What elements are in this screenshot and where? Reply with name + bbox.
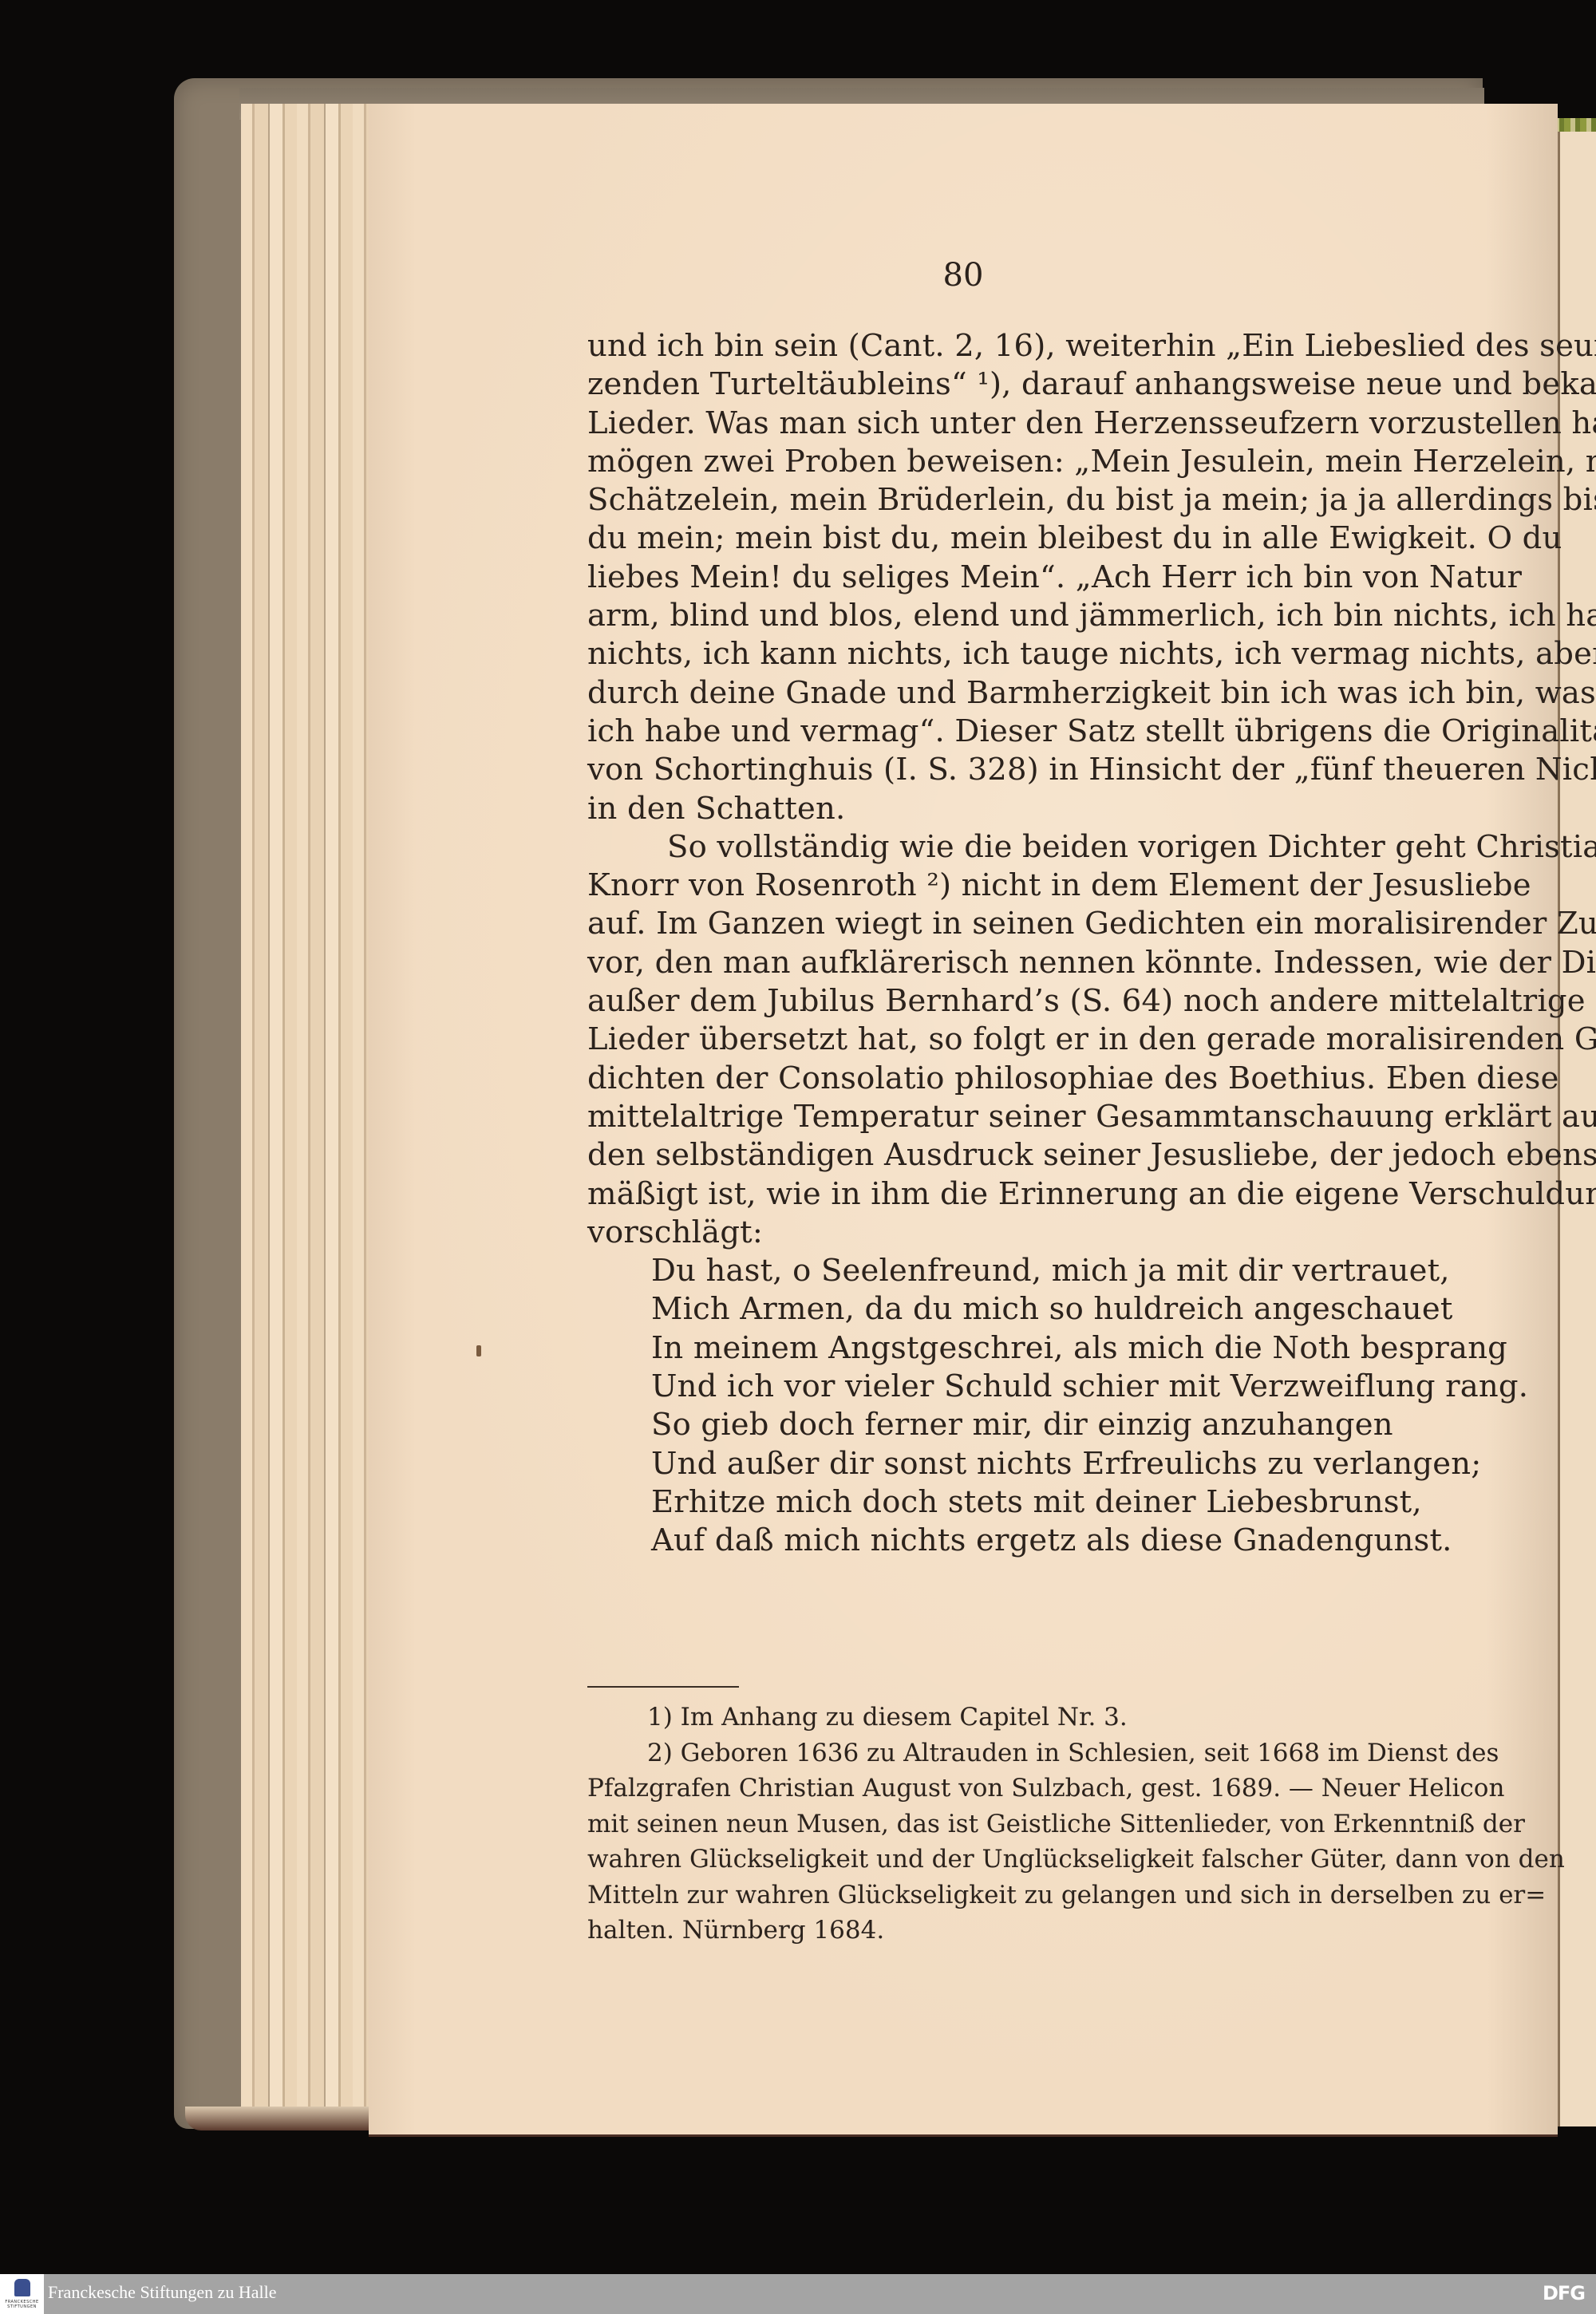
text-line: vorschlägt: xyxy=(587,1214,1465,1252)
verse-line: In meinem Angstgeschrei, als mich die No… xyxy=(651,1329,1465,1368)
footnote-2-line: Mitteln zur wahren Glückseligkeit zu gel… xyxy=(587,1878,1465,1913)
text-line: auf. Im Ganzen wiegt in seinen Gedichten… xyxy=(587,905,1465,943)
footnote-1: 1) Im Anhang zu diesem Capitel Nr. 3. xyxy=(587,1700,1465,1735)
text-line: mittelaltrige Temperatur seiner Gesammta… xyxy=(587,1098,1465,1136)
verse-line: Erhitze mich doch stets mit deiner Liebe… xyxy=(651,1483,1465,1522)
text-line: Lieder übersetzt hat, so folgt er in den… xyxy=(587,1021,1465,1059)
text-line: Lieder. Was man sich unter den Herzensse… xyxy=(587,405,1465,443)
digitization-footer-bar: FRANCKESCHE STIFTUNGEN Franckesche Stift… xyxy=(0,2274,1596,2314)
text-line: mögen zwei Proben beweisen: „Mein Jesule… xyxy=(587,443,1465,481)
text-line: von Schortinghuis (I. S. 328) in Hinsich… xyxy=(587,751,1465,789)
text-line: Schätzelein, mein Brüderlein, du bist ja… xyxy=(587,481,1465,519)
verse-line: Mich Armen, da du mich so huldreich ange… xyxy=(651,1290,1465,1329)
text-line: du mein; mein bist du, mein bleibest du … xyxy=(587,519,1465,558)
verse-line: Du hast, o Seelenfreund, mich ja mit dir… xyxy=(651,1252,1465,1290)
verse-line: So gieb doch ferner mir, dir einzig anzu… xyxy=(651,1406,1465,1444)
text-line: zenden Turteltäubleins“ ¹), darauf anhan… xyxy=(587,365,1465,404)
page-body: und ich bin sein (Cant. 2, 16), weiterhi… xyxy=(587,327,1465,1561)
text-line: den selbständigen Ausdruck seiner Jesusl… xyxy=(587,1136,1465,1175)
verse-line: Und außer dir sonst nichts Erfreulichs z… xyxy=(651,1445,1465,1483)
text-line: So vollständig wie die beiden vorigen Di… xyxy=(587,828,1465,867)
institution-emblem-icon xyxy=(14,2279,30,2296)
paragraph-1: und ich bin sein (Cant. 2, 16), weiterhi… xyxy=(587,327,1465,828)
text-line: in den Schatten. xyxy=(587,790,1465,828)
paper-stain xyxy=(476,1345,481,1356)
text-line: liebes Mein! du seliges Mein“. „Ach Herr… xyxy=(587,559,1465,597)
text-line: nichts, ich kann nichts, ich tauge nicht… xyxy=(587,635,1465,673)
text-line: und ich bin sein (Cant. 2, 16), weiterhi… xyxy=(587,327,1465,365)
verse-line: Und ich vor vieler Schuld schier mit Ver… xyxy=(651,1368,1465,1406)
text-line: vor, den man aufklärerisch nennen könnte… xyxy=(587,944,1465,982)
footnote-divider xyxy=(587,1686,739,1688)
footnote-2-line: mit seinen neun Musen, das ist Geistlich… xyxy=(587,1807,1465,1842)
verse-quotation: Du hast, o Seelenfreund, mich ja mit dir… xyxy=(587,1252,1465,1560)
page-number: 80 xyxy=(369,257,1558,294)
footnote-2-line: 2) Geboren 1636 zu Altrauden in Schlesie… xyxy=(587,1735,1465,1771)
text-line: mäßigt ist, wie in ihm die Erinnerung an… xyxy=(587,1175,1465,1214)
franckesche-stiftungen-logo: FRANCKESCHE STIFTUNGEN xyxy=(0,2274,44,2314)
footnote-2-line: halten. Nürnberg 1684. xyxy=(587,1913,1465,1949)
footnote-2-line: wahren Glückseligkeit und der Unglücksel… xyxy=(587,1842,1465,1878)
book-page: 80 und ich bin sein (Cant. 2, 16), weite… xyxy=(369,104,1558,2137)
institution-name: Franckesche Stiftungen zu Halle xyxy=(48,2282,277,2303)
footnotes: 1) Im Anhang zu diesem Capitel Nr. 3. 2)… xyxy=(587,1700,1465,1949)
text-line: durch deine Gnade und Barmherzigkeit bin… xyxy=(587,674,1465,713)
text-line: ich habe und vermag“. Dieser Satz stellt… xyxy=(587,713,1465,751)
logo-caption-line-2: STIFTUNGEN xyxy=(2,2304,42,2309)
paragraph-2: So vollständig wie die beiden vorigen Di… xyxy=(587,828,1465,1252)
text-line: arm, blind und blos, elend und jämmerlic… xyxy=(587,597,1465,635)
text-line: außer dem Jubilus Bernhard’s (S. 64) noc… xyxy=(587,982,1465,1021)
logo-caption: FRANCKESCHE STIFTUNGEN xyxy=(2,2300,42,2309)
footnote-2-line: Pfalzgrafen Christian August von Sulzbac… xyxy=(587,1771,1465,1807)
page-edges-stack xyxy=(241,104,375,2130)
verse-line: Auf daß mich nichts ergetz als diese Gna… xyxy=(651,1522,1465,1560)
dfg-logo: DFG xyxy=(1543,2282,1585,2304)
text-line: Knorr von Rosenroth ²) nicht in dem Elem… xyxy=(587,867,1465,905)
text-line: dichten der Consolatio philosophiae des … xyxy=(587,1060,1465,1098)
